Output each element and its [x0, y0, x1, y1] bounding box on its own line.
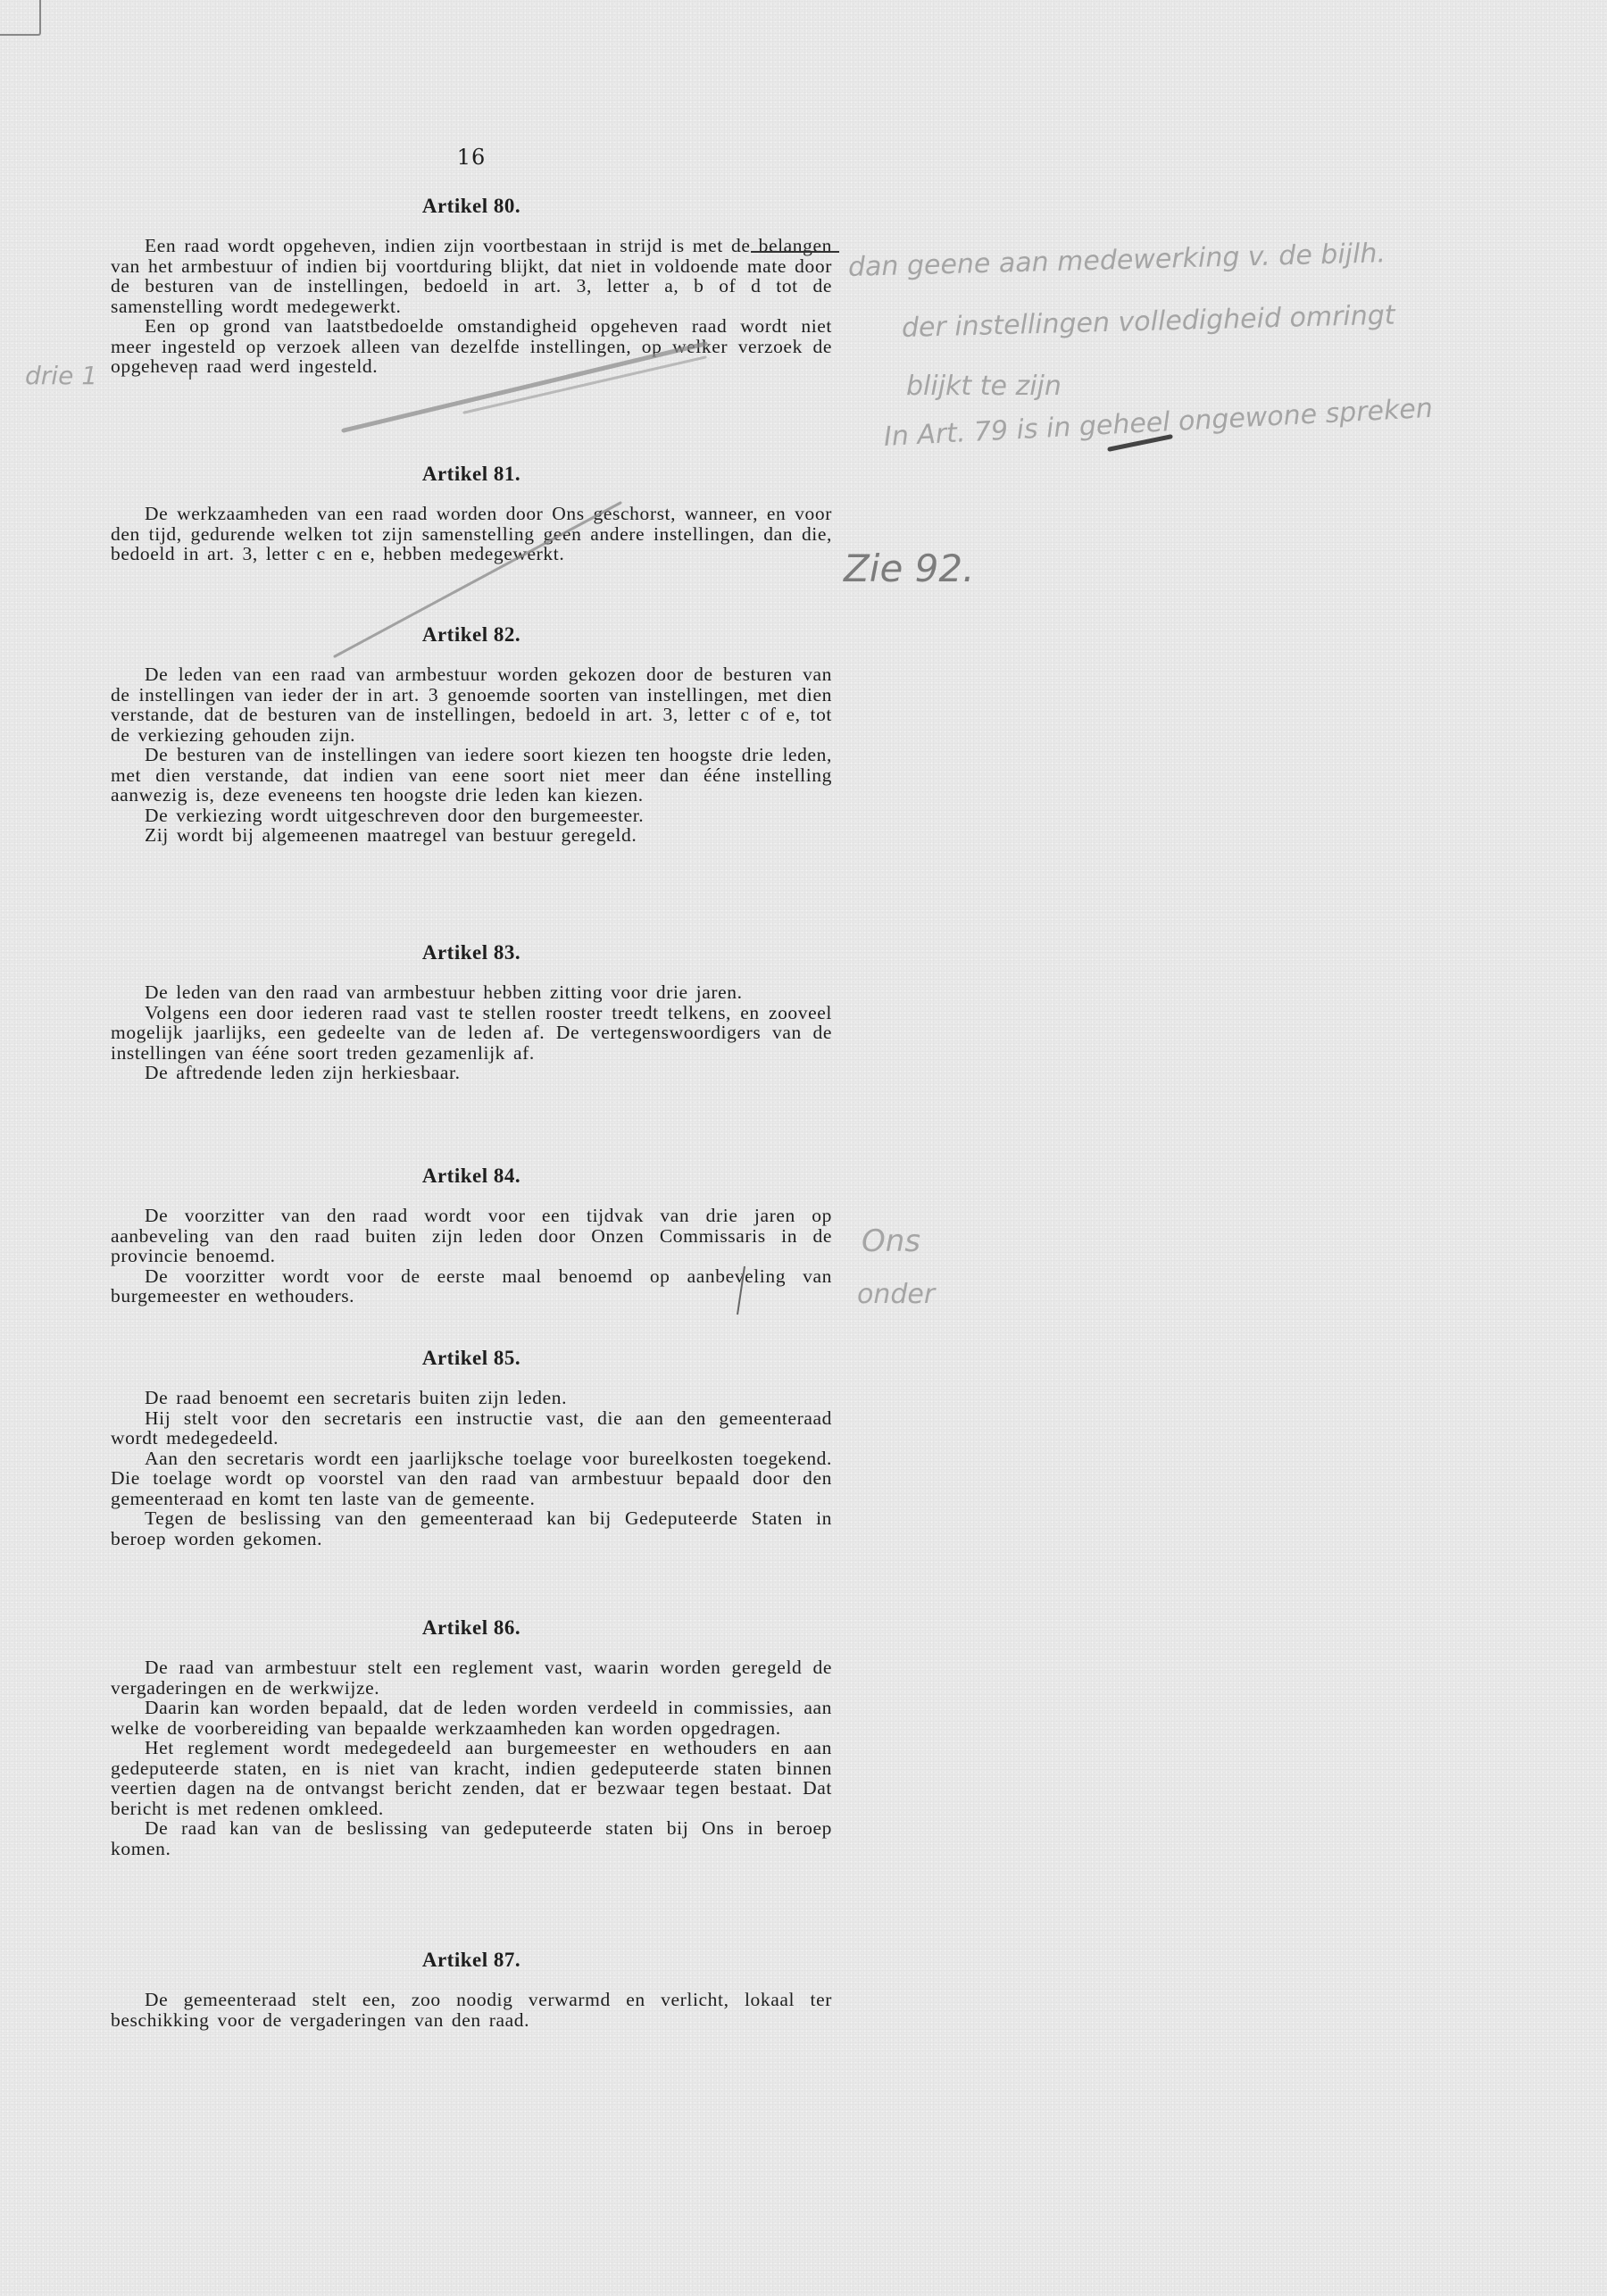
- scan-page-corner: [0, 0, 41, 36]
- article-paragraph: De leden van een raad van armbestuur wor…: [111, 664, 832, 745]
- article-title: Artikel 82.: [111, 623, 832, 647]
- page-number: 16: [111, 145, 832, 170]
- article-82: Artikel 82. De leden van een raad van ar…: [111, 623, 832, 846]
- article-title: Artikel 80.: [111, 195, 832, 218]
- article-86: Artikel 86. De raad van armbestuur stelt…: [111, 1616, 832, 1858]
- article-paragraph: Een op grond van laatstbedoelde omstandi…: [111, 316, 832, 377]
- article-paragraph: Daarin kan worden bepaald, dat de leden …: [111, 1698, 832, 1738]
- article-84: Artikel 84. De voorzitter van den raad w…: [111, 1165, 832, 1307]
- article-paragraph: De gemeenteraad stelt een, zoo noodig ve…: [111, 1990, 832, 2030]
- article-paragraph: Het reglement wordt medegedeeld aan burg…: [111, 1738, 832, 1818]
- article-title: Artikel 86.: [111, 1616, 832, 1640]
- article-paragraph: De raad kan van de beslissing van gedepu…: [111, 1818, 832, 1858]
- article-paragraph: Een raad wordt opgeheven, indien zijn vo…: [111, 236, 832, 316]
- article-paragraph: De aftredende leden zijn herkiesbaar.: [111, 1063, 832, 1083]
- article-83: Artikel 83. De leden van den raad van ar…: [111, 941, 832, 1083]
- article-title: Artikel 87.: [111, 1949, 832, 1972]
- article-title: Artikel 85.: [111, 1347, 832, 1370]
- margin-note-right: onder: [857, 1279, 935, 1310]
- margin-note-right: der instellingen volledigheid omringt: [902, 300, 1395, 344]
- article-paragraph: De voorzitter wordt voor de eerste maal …: [111, 1266, 832, 1307]
- article-title: Artikel 83.: [111, 941, 832, 964]
- article-paragraph: De verkiezing wordt uitgeschreven door d…: [111, 806, 832, 826]
- margin-note-right: Ons: [862, 1223, 920, 1259]
- article-paragraph: De raad van armbestuur stelt een regleme…: [111, 1657, 832, 1698]
- article-paragraph: Volgens een door iederen raad vast te st…: [111, 1003, 832, 1064]
- article-85: Artikel 85. De raad benoemt een secretar…: [111, 1347, 832, 1549]
- margin-note-left: drie 1: [25, 361, 97, 390]
- article-paragraph: Tegen de beslissing van den gemeenteraad…: [111, 1508, 832, 1549]
- article-80: Artikel 80. Een raad wordt opgeheven, in…: [111, 195, 832, 377]
- article-81: Artikel 81. De werkzaamheden van een raa…: [111, 463, 832, 564]
- article-title: Artikel 81.: [111, 463, 832, 486]
- article-paragraph: Zij wordt bij algemeenen maatregel van b…: [111, 825, 832, 846]
- margin-note-right: blijkt te zijn: [906, 371, 1062, 402]
- article-paragraph: De leden van den raad van armbestuur heb…: [111, 982, 832, 1003]
- article-title: Artikel 84.: [111, 1165, 832, 1188]
- article-paragraph: Aan den secretaris wordt een jaarlijksch…: [111, 1449, 832, 1509]
- margin-note-right: dan geene aan medewerking v. de bijlh.: [848, 238, 1386, 283]
- article-paragraph: Hij stelt voor den secretaris een instru…: [111, 1408, 832, 1449]
- article-87: Artikel 87. De gemeenteraad stelt een, z…: [111, 1949, 832, 2030]
- margin-note-cross-reference: Zie 92.: [844, 547, 974, 590]
- article-paragraph: De voorzitter van den raad wordt voor ee…: [111, 1206, 832, 1266]
- article-paragraph: De besturen van de instellingen van iede…: [111, 745, 832, 806]
- article-paragraph: De raad benoemt een secretaris buiten zi…: [111, 1388, 832, 1408]
- article-paragraph: De werkzaamheden van een raad worden doo…: [111, 504, 832, 564]
